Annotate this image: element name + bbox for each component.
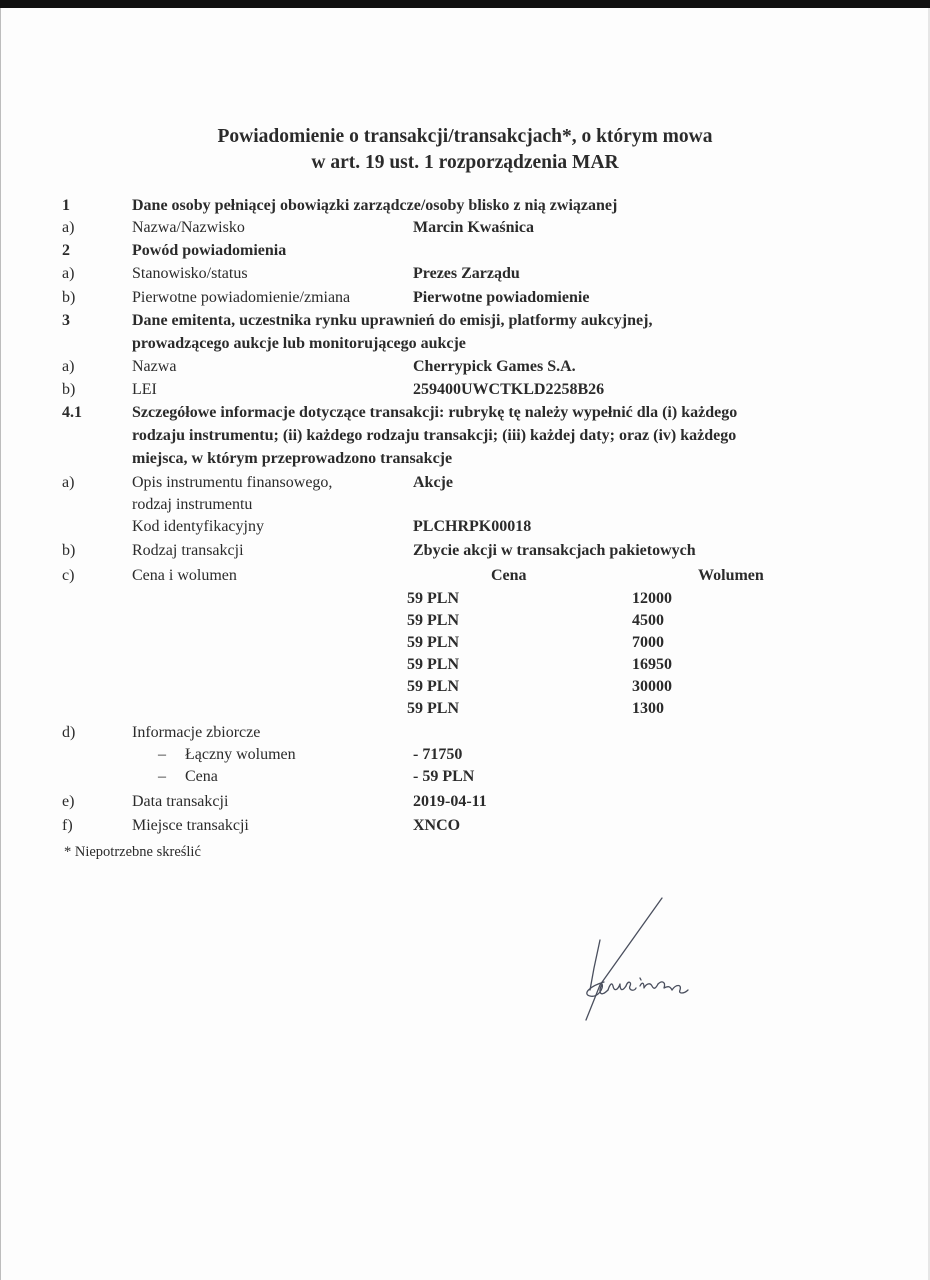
- section-number: 2: [62, 240, 70, 262]
- field-label: Nazwa/Nazwisko: [132, 217, 245, 239]
- field-marker: b): [62, 540, 75, 562]
- field-value: Akcje: [413, 472, 453, 494]
- field-value: - 71750: [413, 744, 462, 766]
- dash-bullet: –: [158, 744, 166, 766]
- signature-image: [560, 890, 720, 1030]
- field-label: Łączny wolumen: [185, 744, 296, 766]
- field-value: Zbycie akcji w transakcjach pakietowych: [413, 540, 696, 562]
- field-value: 259400UWCTKLD2258B26: [413, 379, 604, 401]
- field-marker: a): [62, 356, 74, 378]
- field-label: Informacje zbiorcze: [132, 722, 260, 744]
- field-value: Cherrypick Games S.A.: [413, 356, 576, 378]
- field-marker: a): [62, 263, 74, 285]
- volume-cell: 12000: [632, 588, 672, 610]
- volume-column-header: Wolumen: [698, 565, 764, 587]
- field-marker: a): [62, 472, 74, 494]
- field-label: Rodzaj transakcji: [132, 540, 244, 562]
- price-cell: 59 PLN: [407, 610, 459, 632]
- field-label: Data transakcji: [132, 791, 228, 813]
- field-value: Marcin Kwaśnica: [413, 217, 534, 239]
- field-label: Pierwotne powiadomienie/zmiana: [132, 287, 350, 309]
- section-heading-line-1: Dane emitenta, uczestnika rynku uprawnie…: [132, 310, 852, 332]
- field-label: Miejsce transakcji: [132, 815, 249, 837]
- section-heading: Powód powiadomienia: [132, 240, 852, 262]
- title-line-2: w art. 19 ust. 1 rozporządzenia MAR: [0, 150, 930, 176]
- field-marker: b): [62, 287, 75, 309]
- footnote: * Niepotrzebne skreślić: [64, 842, 201, 862]
- scan-top-border: [0, 0, 930, 8]
- field-value: - 59 PLN: [413, 766, 474, 788]
- dash-bullet: –: [158, 766, 166, 788]
- section-number: 4.1: [62, 402, 82, 424]
- price-column-header: Cena: [491, 565, 527, 587]
- volume-cell: 16950: [632, 654, 672, 676]
- section-heading-line-1: Szczegółowe informacje dotyczące transak…: [132, 402, 852, 424]
- field-value: PLCHRPK00018: [413, 516, 531, 538]
- field-value: XNCO: [413, 815, 460, 837]
- volume-cell: 7000: [632, 632, 664, 654]
- volume-cell: 30000: [632, 676, 672, 698]
- price-cell: 59 PLN: [407, 698, 459, 720]
- field-marker: a): [62, 217, 74, 239]
- section-number: 3: [62, 310, 70, 332]
- section-heading-line-2: prowadzącego aukcje lub monitorującego a…: [132, 333, 852, 355]
- field-marker: e): [62, 791, 74, 813]
- field-label: Stanowisko/status: [132, 263, 248, 285]
- document-title: Powiadomienie o transakcji/transakcjach*…: [0, 124, 930, 176]
- field-marker: b): [62, 379, 75, 401]
- price-cell: 59 PLN: [407, 654, 459, 676]
- field-label: Kod identyfikacyjny: [132, 516, 264, 538]
- field-value: 2019-04-11: [413, 791, 487, 813]
- title-line-1: Powiadomienie o transakcji/transakcjach*…: [0, 124, 930, 150]
- field-label: Cena i wolumen: [132, 565, 237, 587]
- price-cell: 59 PLN: [407, 676, 459, 698]
- field-label: Cena: [185, 766, 218, 788]
- section-heading-line-3: miejsca, w którym przeprowadzono transak…: [132, 448, 852, 470]
- field-marker: c): [62, 565, 74, 587]
- field-label-line-1: Opis instrumentu finansowego,: [132, 472, 332, 494]
- section-heading-line-2: rodzaju instrumentu; (ii) każdego rodzaj…: [132, 425, 852, 447]
- price-cell: 59 PLN: [407, 588, 459, 610]
- field-marker: d): [62, 722, 75, 744]
- volume-cell: 4500: [632, 610, 664, 632]
- field-value: Pierwotne powiadomienie: [413, 287, 589, 309]
- scan-left-edge: [0, 8, 1, 1280]
- field-marker: f): [62, 815, 73, 837]
- section-number: 1: [62, 195, 70, 217]
- field-label: LEI: [132, 379, 157, 401]
- volume-cell: 1300: [632, 698, 664, 720]
- field-label: Nazwa: [132, 356, 176, 378]
- field-label-line-2: rodzaj instrumentu: [132, 494, 252, 516]
- price-cell: 59 PLN: [407, 632, 459, 654]
- field-value: Prezes Zarządu: [413, 263, 520, 285]
- section-heading: Dane osoby pełniącej obowiązki zarządcze…: [132, 195, 852, 217]
